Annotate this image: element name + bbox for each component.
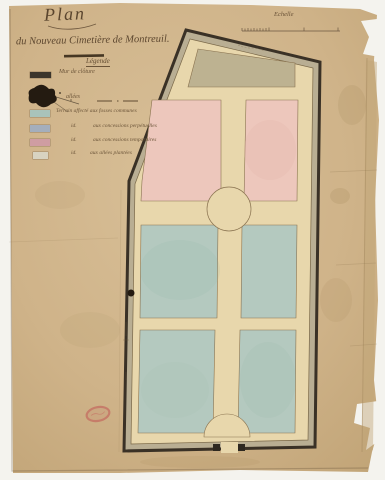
- stain: [338, 85, 366, 125]
- legend-label: Mur de clôture: [59, 69, 95, 75]
- central-rond-point: [207, 187, 251, 231]
- stain: [320, 278, 352, 322]
- legend-heading: Légende: [86, 57, 110, 67]
- legend-ditto: id.: [71, 137, 77, 143]
- legend-label: Terrain affecté aux fosses communes: [56, 108, 137, 114]
- legend-swatch-wall: [30, 72, 51, 78]
- legend-swatch-perpetual: [30, 125, 50, 132]
- stain: [60, 312, 120, 348]
- map-title: Plan: [44, 3, 87, 25]
- common-plot-2: [241, 225, 297, 318]
- stain: [35, 181, 85, 209]
- watercolor-mottle: [141, 362, 209, 418]
- legend-label: aux concessions temporaires: [93, 137, 156, 143]
- legend-swatch-temporary: [30, 139, 50, 146]
- scale-label: Echelle: [274, 11, 294, 18]
- watercolor-mottle: [244, 120, 296, 180]
- legend-swatch-common: [30, 110, 50, 117]
- watercolor-mottle: [240, 342, 296, 418]
- map-artwork: [0, 0, 385, 480]
- stain: [330, 188, 350, 204]
- legend-label: aux concessions perpétuelles: [93, 123, 157, 129]
- legend-swatch-planted: [33, 152, 48, 159]
- ink-dot: [128, 290, 135, 297]
- gate-post-left: [213, 444, 220, 451]
- temporary-plot-left: [141, 100, 221, 201]
- watercolor-mottle: [140, 240, 220, 300]
- legend-ditto: id.: [71, 123, 77, 129]
- gate-gap: [221, 442, 238, 453]
- legend-label: allées: [66, 94, 80, 100]
- legend-label: aux allées plantées: [90, 150, 132, 156]
- legend-ditto: id.: [71, 150, 77, 156]
- gate-post-right: [238, 444, 245, 451]
- stain: [140, 456, 260, 468]
- scanned-document: Plan du Nouveau Cimetière de Montreuil. …: [0, 0, 385, 480]
